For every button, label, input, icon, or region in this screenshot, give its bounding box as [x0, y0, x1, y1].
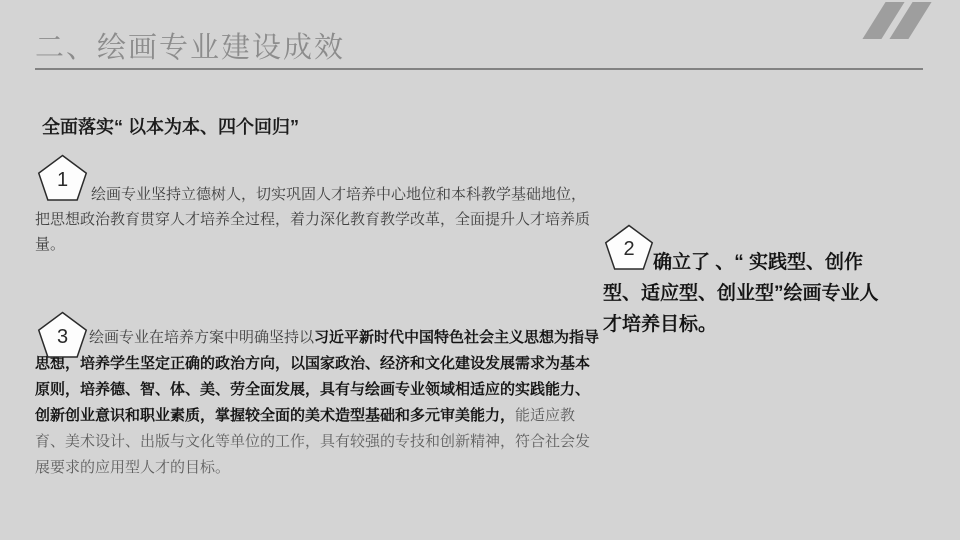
pentagon-2-number: 2: [603, 228, 655, 271]
point-block-2: 2 确立了 、“ 实践型、创作型、适应型、创业型”绘画专业人才培养目标。: [603, 224, 895, 340]
pentagon-2-badge: 2: [603, 224, 655, 271]
pentagon-1-number: 1: [35, 158, 90, 202]
presentation-slide: 二、绘画专业建设成效 全面落实“ 以本为本、四个回归” 1 绘画专业坚持立德树人…: [0, 0, 960, 540]
pentagon-1-badge: 1: [35, 154, 90, 202]
slide-title: 二、绘画专业建设成效: [35, 25, 345, 66]
point-1-text: 绘画专业坚持立德树人，切实巩固人才培养中心地位和本科教学基础地位，把思想政治教育…: [35, 154, 600, 257]
point-block-1: 1 绘画专业坚持立德树人，切实巩固人才培养中心地位和本科教学基础地位，把思想政治…: [35, 154, 600, 257]
pentagon-3-badge: 3: [35, 311, 90, 359]
slide-subtitle: 全面落实“ 以本为本、四个回归”: [42, 113, 299, 139]
point-3-text: 绘画专业在培养方案中明确坚持以习近平新时代中国特色社会主义思想为指导思想，培养学…: [35, 308, 600, 481]
point-block-3: 3 绘画专业在培养方案中明确坚持以习近平新时代中国特色社会主义思想为指导思想，培…: [35, 308, 600, 481]
title-divider: [35, 68, 923, 70]
pentagon-3-number: 3: [35, 315, 90, 359]
